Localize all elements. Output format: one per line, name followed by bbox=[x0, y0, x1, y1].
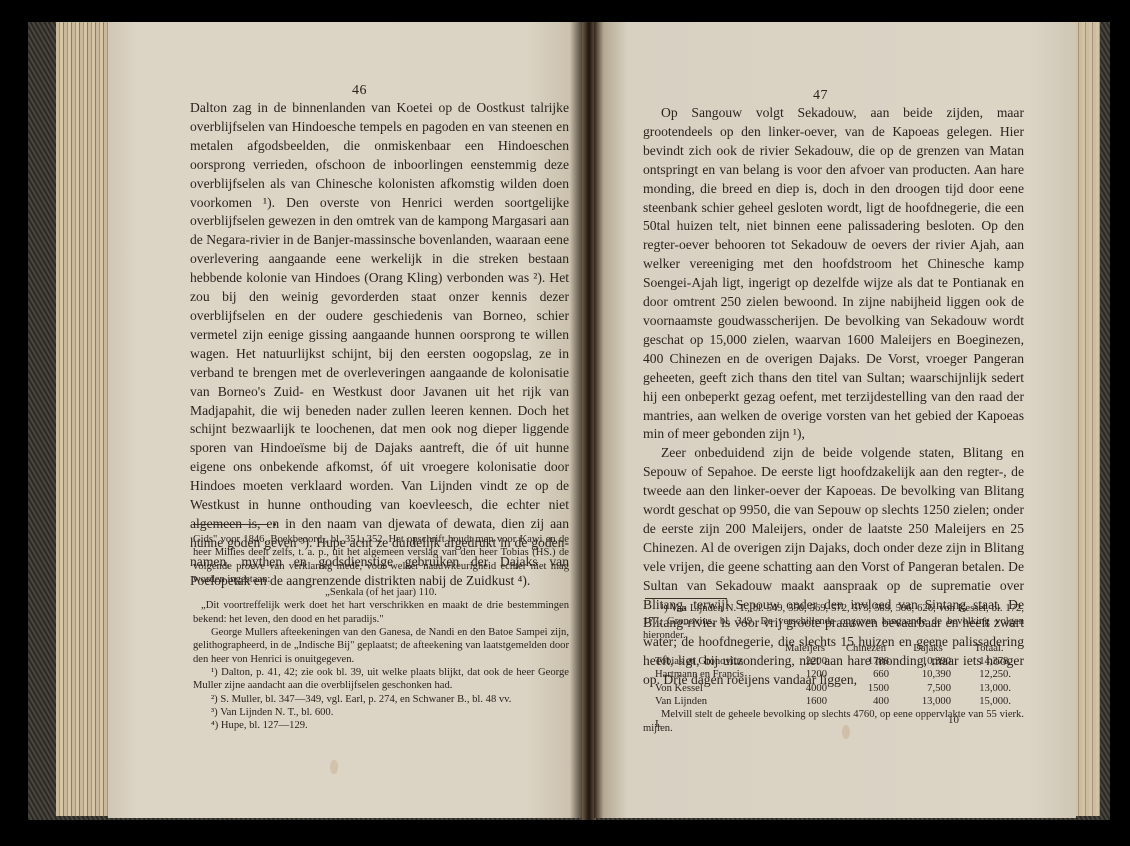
column-header: Totaal. bbox=[959, 642, 1019, 655]
signature-mark: I. bbox=[655, 718, 661, 730]
left-page-body: Dalton zag in de binnenlanden van Koetei… bbox=[190, 99, 569, 591]
signature-number: 10 bbox=[948, 714, 959, 726]
footnote-rule bbox=[193, 524, 268, 525]
paper-stain bbox=[330, 760, 338, 774]
footnote-rule-dot bbox=[273, 523, 276, 526]
column-header: Maleijers bbox=[775, 642, 835, 655]
footnote-4: ⁴) Hupe, bl. 127—129. bbox=[193, 719, 569, 732]
table-row: Hartmann en Francis 1200 660 10,390 12,2… bbox=[655, 668, 1019, 681]
footnote-1: ¹) Van Lijnden N. T., bl. 549, 550, 569,… bbox=[643, 602, 1024, 642]
footnote-2: ²) S. Muller, bl. 347—349, vgl. Earl, p.… bbox=[193, 693, 569, 706]
page-edges-right bbox=[1075, 22, 1100, 816]
footnote-3: ³) Van Lijnden N. T., bl. 600. bbox=[193, 706, 569, 719]
table-row: Von Kessel 4000 1500 7,500 13,000. bbox=[655, 682, 1019, 695]
footnote-quote-body: „Dit voortreffelijk werk doet het hart v… bbox=[193, 599, 569, 626]
footnote-quote-title: „Senkala (of het jaar) 110. bbox=[193, 586, 569, 599]
footnote-rule bbox=[645, 598, 727, 599]
population-table: Maleijers Chinezen Dajaks Totaal. Tobias… bbox=[655, 642, 1019, 708]
body-paragraph: Dalton zag in de binnenlanden van Koetei… bbox=[190, 99, 569, 591]
page-number-left: 46 bbox=[352, 83, 367, 99]
footnote-mullers: George Mullers afteekeningen van den Gan… bbox=[193, 626, 569, 666]
column-header: Chinezen bbox=[835, 642, 897, 655]
body-paragraph-1: Op Sangouw volgt Sekadouw, aan beide zij… bbox=[643, 104, 1024, 444]
footnote-1: ¹) Dalton, p. 41, 42; zie ook bl. 39, ui… bbox=[193, 666, 569, 693]
footnote-melvill: Melvill stelt de geheele bevolking op sl… bbox=[643, 708, 1024, 735]
page-edges-left bbox=[56, 22, 111, 816]
left-footnotes: Gids" voor 1846, Boekbeoord., bl. 351, 3… bbox=[193, 533, 569, 732]
footnote-continuation: Gids" voor 1846, Boekbeoord., bl. 351, 3… bbox=[193, 533, 569, 586]
table-header-row: Maleijers Chinezen Dajaks Totaal. bbox=[655, 642, 1019, 655]
column-header: Dajaks bbox=[897, 642, 959, 655]
table-row: Van Lijnden 1600 400 13,000 15,000. bbox=[655, 695, 1019, 708]
page-number-right: 47 bbox=[813, 88, 828, 104]
right-footnotes: ¹) Van Lijnden N. T., bl. 549, 550, 569,… bbox=[643, 602, 1024, 735]
table-row: Tobias en Gronovius 2200 1788 10,390 14,… bbox=[655, 655, 1019, 668]
